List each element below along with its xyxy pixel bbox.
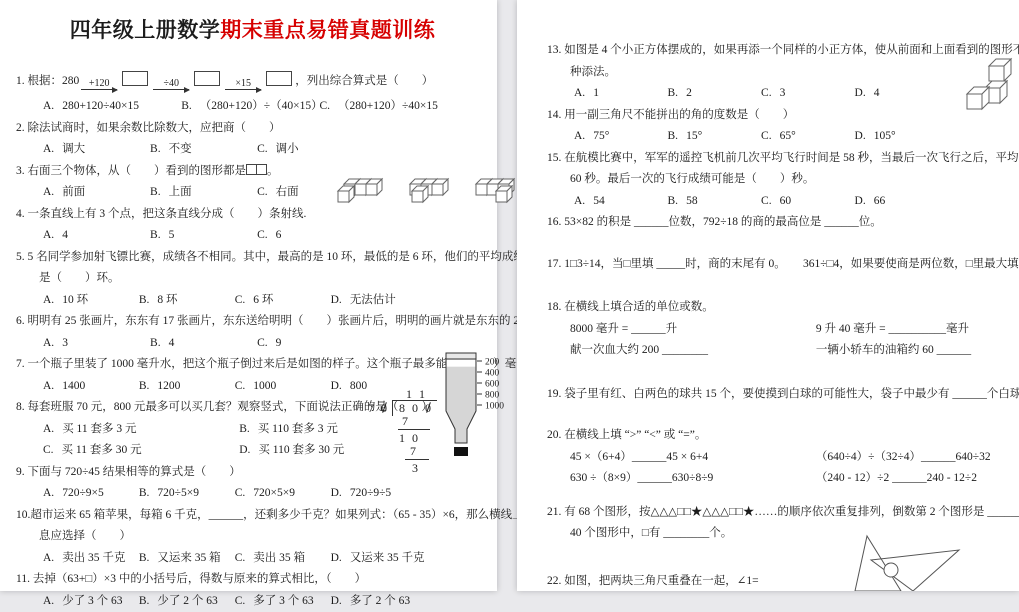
question-17-text: 17. 1□3÷14，当□里填 _____时，商的末尾有 0。 361÷□4，如…	[547, 254, 1009, 276]
question-18-text: 18. 在横线上填合适的单位或数。	[547, 297, 1009, 319]
question-15-text: 15. 在航模比赛中，军军的遥控飞机前几次平均飞行时间是 58 秒，当最后一次飞…	[547, 148, 1009, 170]
option-letter: A.	[43, 294, 54, 306]
question-10-option-A: A.卖出 35 千克	[43, 548, 139, 570]
option-letter: B.	[181, 100, 192, 112]
option-letter: D.	[239, 444, 250, 456]
option-text: 4	[169, 337, 175, 349]
question-10-text: 10.超市运来 65 箱苹果，每箱 6 千克，______，还剩多少千克？如果列…	[16, 505, 489, 527]
question-13-option-B: B.2	[668, 83, 762, 105]
question-11-text: 11. 去掉（63+□）×3 中的小括号后，得数与原来的算式相比，（ ）	[16, 569, 489, 591]
svg-text:1000: 1000	[485, 402, 504, 412]
option-text: 调大	[62, 143, 85, 155]
option-text: 卖出 35 箱	[253, 552, 305, 564]
option-letter: D.	[855, 130, 866, 142]
question-18-blank-left: 献一次血大约 200 ________	[570, 340, 816, 362]
question-20-blank-right: （640÷4）÷（32÷4）______640÷32	[816, 447, 991, 469]
question-18-blank-left: 8000 毫升 = ______升	[570, 319, 816, 341]
option-letter: A.	[574, 130, 585, 142]
question-6: 6. 明明有 25 张画片，东东有 17 张画片，东东送给明明（ ）张画片后，明…	[16, 311, 489, 354]
option-letter: B.	[139, 552, 150, 564]
option-text: 4	[62, 229, 68, 241]
question-15-option-A: A.54	[574, 191, 668, 213]
question-11: 11. 去掉（63+□）×3 中的小括号后，得数与原来的算式相比，（ ）A.少了…	[16, 569, 489, 591]
question-9-option-C: C.720×5×9	[235, 483, 331, 505]
option-letter: A.	[43, 229, 54, 241]
question-4-text: 4. 一条直线上有 3 个点，把这条直线分成（ ）条射线.	[16, 204, 489, 226]
question-10-options: A.卖出 35 千克B.又运来 35 箱C.卖出 35 箱D.又运来 35 千克	[16, 548, 489, 570]
question-2-text: 2. 除法试商时，如果余数比除数大，应把商（ ）	[16, 118, 489, 140]
cube-arrangement-figures	[336, 172, 518, 206]
question-15-option-B: B.58	[668, 191, 762, 213]
option-letter: B.	[150, 186, 161, 198]
question-9-option-A: A.720÷9×5	[43, 483, 139, 505]
question-10-option-C: C.卖出 35 箱	[235, 548, 331, 570]
question-9-options: A.720÷9×5B.720÷5×9C.720×5×9D.720÷9÷5	[16, 483, 489, 505]
question-3-pre: 3. 右面三个物体，从（ ）看到的图形都是	[16, 165, 246, 177]
question-15-text: 60 秒。最后一次的飞行成绩可能是（ ）秒。	[547, 169, 1009, 191]
option-text: 3	[62, 337, 68, 349]
question-19: 19. 袋子里有红、白两色的球共 15 个，要使摸到白球的可能性大，袋子中最少有…	[547, 384, 1009, 406]
question-14-option-A: A.75°	[574, 126, 668, 148]
question-14-text: 14. 用一副三角尺不能拼出的角的度数是（ ）	[547, 105, 1009, 127]
option-text: 4	[874, 87, 880, 99]
option-text: 买 11 套多 30 元	[62, 444, 142, 456]
option-letter: A.	[43, 423, 54, 435]
question-18: 18. 在横线上填合适的单位或数。8000 毫升 = ______升9 升 40…	[547, 297, 1009, 362]
option-letter: C.	[235, 294, 246, 306]
bottle-figure: 2004006008001000	[441, 350, 513, 464]
question-1-option-C: C.（280+120）÷40×15	[320, 96, 458, 118]
question-6-options: A.3B.4C.9	[16, 333, 489, 355]
question-5-options: A.10 环B.8 环C.6 环D.无法估计	[16, 290, 489, 312]
option-letter: A.	[574, 195, 585, 207]
question-1-option-B: B.（280+120）÷（40×15）	[181, 96, 319, 118]
question-13-option-A: A.1	[574, 83, 668, 105]
option-letter: C.	[761, 195, 772, 207]
question-13-option-C: C.3	[761, 83, 855, 105]
question-1-text: 1. 根据：280+120÷40×15，列出综合算式是（ ）	[16, 68, 489, 96]
option-letter: C.	[320, 100, 331, 112]
arrow-step: +120	[81, 79, 117, 90]
cube-figure-2	[402, 172, 452, 206]
question-13-text: 13. 如图是 4 个小正方体摆成的，如果再添一个同样的小正方体，使从前面和上面…	[547, 40, 1009, 62]
question-7-option-C: C.1000	[235, 376, 331, 398]
question-18-blank-right: 9 升 40 毫升 = __________毫升	[816, 319, 969, 341]
arrow-step: ÷40	[153, 79, 189, 90]
question-18-blank-right: 一辆小轿车的油箱约 60 ______	[816, 340, 971, 362]
question-6-option-B: B.4	[150, 333, 257, 355]
bottle-scale-ticks: 2004006008001000	[477, 358, 504, 412]
question-20-blank-left: 45 ×（6+4）______45 × 6+4	[570, 447, 816, 469]
option-text: 75°	[593, 130, 609, 142]
page-title: 四年级上册数学期末重点易错真题训练	[16, 16, 489, 44]
option-text: 1400	[62, 380, 85, 392]
option-letter: D.	[331, 487, 342, 499]
question-13-text: 种添法。	[547, 62, 1009, 84]
option-text: 9	[276, 337, 282, 349]
question-1-options: A.280+120÷40×15B.（280+120）÷（40×15）C.（280…	[16, 96, 489, 118]
option-letter: C.	[257, 186, 268, 198]
empty-result-box	[266, 71, 292, 86]
option-letter: B.	[150, 143, 161, 155]
option-letter: C.	[235, 380, 246, 392]
question-16: 16. 53×82 的积是 ______位数，792÷18 的商的最高位是 __…	[547, 212, 1009, 234]
question-7-option-A: A.1400	[43, 376, 139, 398]
question-3-option-A: A.前面	[43, 182, 150, 204]
option-text: 3	[780, 87, 786, 99]
question-5-text: 5. 5 名同学参加射飞镖比赛，成绩各不相同。其中，最高的是 10 环，最低的是…	[16, 247, 489, 269]
question-2-option-B: B.不变	[150, 139, 257, 161]
question-20-blank-row: 630 ÷（8×9）______630÷8÷9（240 - 12）÷2 ____…	[547, 468, 1009, 490]
question-14: 14. 用一副三角尺不能拼出的角的度数是（ ）A.75°B.15°C.65°D.…	[547, 105, 1009, 148]
question-20-blank-right: （240 - 12）÷2 ______240 - 12÷2	[816, 468, 977, 490]
svg-text:800: 800	[485, 391, 500, 401]
question-18-blank-row: 8000 毫升 = ______升9 升 40 毫升 = __________毫…	[547, 319, 1009, 341]
triangle-rulers-figure	[825, 530, 965, 591]
flow-start-value: 280	[62, 75, 79, 87]
option-text: 1200	[157, 380, 180, 392]
question-5-option-B: B.8 环	[139, 290, 235, 312]
option-text: 58	[686, 195, 698, 207]
arrow-icon	[225, 89, 261, 90]
question-13-option-D: D.4	[855, 83, 949, 105]
cube-figure-1	[336, 172, 386, 206]
question-4-option-B: B.5	[150, 225, 257, 247]
option-text: （280+120）÷40×15	[338, 100, 438, 112]
option-text: 66	[874, 195, 886, 207]
question-4-options: A.4B.5C.6	[16, 225, 489, 247]
question-8-option-C: C.买 11 套多 30 元	[43, 440, 239, 462]
option-letter: D.	[331, 552, 342, 564]
option-letter: B.	[150, 337, 161, 349]
option-letter: A.	[43, 100, 54, 112]
option-letter: A.	[43, 186, 54, 198]
option-text: （280+120）÷（40×15）	[200, 100, 323, 112]
option-text: 8 环	[157, 294, 177, 306]
question-19-text: 19. 袋子里有红、白两色的球共 15 个，要使摸到白球的可能性大，袋子中最少有…	[547, 384, 1009, 406]
question-5-option-C: C.6 环	[235, 290, 331, 312]
arrow-icon	[153, 89, 189, 90]
option-letter: C.	[235, 487, 246, 499]
question-7-text: 7. 一个瓶子里装了 1000 毫升水，把这个瓶子倒过来后是如图的样子。这个瓶子…	[16, 354, 489, 376]
option-text: 10 环	[62, 294, 88, 306]
option-text: 1000	[253, 380, 276, 392]
page-1-content: 四年级上册数学期末重点易错真题训练 1. 根据：280+120÷40×15，列出…	[0, 0, 497, 591]
question-5-text: 是（ ）环。	[16, 268, 489, 290]
option-text: 调小	[276, 143, 299, 155]
question-21-text: 21. 有 68 个图形，按△△△□□★△△△□□★……的顺序依次重复排列，倒数…	[547, 502, 1009, 524]
option-text: 买 110 套多 3 元	[258, 423, 338, 435]
question-6-option-C: C.9	[257, 333, 364, 355]
option-letter: A.	[43, 487, 54, 499]
option-text: 6	[276, 229, 282, 241]
question-9-option-B: B.720÷5×9	[139, 483, 235, 505]
question-15-options: A.54B.58C.60D.66	[547, 191, 1009, 213]
question-3-post: 。	[267, 165, 279, 177]
question-14-option-D: D.105°	[855, 126, 949, 148]
question-2-option-C: C.调小	[257, 139, 364, 161]
title-highlight: 期末重点易错真题训练	[220, 18, 435, 42]
question-1-part: ，列出综合算式是（ ）	[295, 75, 433, 87]
option-text: 上面	[169, 186, 192, 198]
option-text: 65°	[780, 130, 796, 142]
slashed-zero: 0	[381, 402, 389, 416]
question-4-option-A: A.4	[43, 225, 150, 247]
exam-page-2: 13. 如图是 4 个小正方体摆成的，如果再添一个同样的小正方体，使从前面和上面…	[517, 0, 1019, 591]
option-text: 720×5×9	[253, 487, 295, 499]
question-14-option-B: B.15°	[668, 126, 762, 148]
small-square-shape	[256, 164, 267, 175]
question-2-options: A.调大B.不变C.调小	[16, 139, 489, 161]
option-text: 买 11 套多 3 元	[62, 423, 136, 435]
question-15-option-D: D.66	[855, 191, 949, 213]
option-letter: B.	[668, 130, 679, 142]
option-letter: B.	[139, 380, 150, 392]
question-5: 5. 5 名同学参加射飞镖比赛，成绩各不相同。其中，最高的是 10 环，最低的是…	[16, 247, 489, 312]
question-20-blank-left: 630 ÷（8×9）______630÷8÷9	[570, 468, 816, 490]
option-letter: B.	[668, 87, 679, 99]
division-step: 1 0	[368, 432, 437, 446]
question-20-text: 20. 在横线上填 “>” “<” 或 “=”。	[547, 425, 1009, 447]
option-letter: A.	[43, 552, 54, 564]
empty-result-box	[122, 71, 148, 86]
option-text: 买 110 套多 30 元	[258, 444, 344, 456]
exam-page-1: 四年级上册数学期末重点易错真题训练 1. 根据：280+120÷40×15，列出…	[0, 0, 497, 591]
question-4-option-C: C.6	[257, 225, 364, 247]
option-letter: A.	[43, 143, 54, 155]
question-14-option-C: C.65°	[761, 126, 855, 148]
option-letter: A.	[43, 337, 54, 349]
option-text: 不变	[169, 143, 192, 155]
option-text: 右面	[276, 186, 299, 198]
question-5-option-D: D.无法估计	[331, 290, 427, 312]
long-division-figure: 1 1 7 08 0 0 7 1 0 7 3	[368, 388, 437, 475]
question-8-option-A: A.买 11 套多 3 元	[43, 419, 239, 441]
title-prefix: 四年级上册数学	[70, 18, 221, 42]
question-5-option-A: A.10 环	[43, 290, 139, 312]
question-18-blank-row: 献一次血大约 200 ________一辆小轿车的油箱约 60 ______	[547, 340, 1009, 362]
option-text: 又运来 35 千克	[350, 552, 425, 564]
division-main-row: 7 08 0 0	[368, 402, 437, 416]
option-letter: C.	[257, 229, 268, 241]
option-letter: D.	[331, 380, 342, 392]
option-text: 54	[593, 195, 605, 207]
cube-stack-figure	[957, 52, 1017, 114]
svg-text:600: 600	[485, 380, 500, 390]
option-letter: D.	[855, 195, 866, 207]
option-text: 720÷9×5	[62, 487, 104, 499]
option-text: 又运来 35 箱	[157, 552, 220, 564]
question-15-option-C: C.60	[761, 191, 855, 213]
question-1-option-A: A.280+120÷40×15	[43, 96, 181, 118]
option-letter: B.	[239, 423, 250, 435]
question-1-part: 1. 根据：	[16, 75, 62, 87]
option-letter: A.	[43, 380, 54, 392]
question-4: 4. 一条直线上有 3 个点，把这条直线分成（ ）条射线.A.4B.5C.6	[16, 204, 489, 247]
question-10-text: 息应选择（ ）	[16, 526, 489, 548]
question-2-option-A: A.调大	[43, 139, 150, 161]
cube-figure-3	[468, 172, 518, 206]
option-letter: C.	[257, 143, 268, 155]
option-letter: B.	[150, 229, 161, 241]
question-10-option-B: B.又运来 35 箱	[139, 548, 235, 570]
question-13: 13. 如图是 4 个小正方体摆成的，如果再添一个同样的小正方体，使从前面和上面…	[547, 40, 1009, 105]
option-text: 280+120÷40×15	[62, 100, 139, 112]
page-2-content: 13. 如图是 4 个小正方体摆成的，如果再添一个同样的小正方体，使从前面和上面…	[517, 0, 1019, 591]
question-6-text: 6. 明明有 25 张画片，东东有 17 张画片，东东送给明明（ ）张画片后，明…	[16, 311, 489, 333]
option-text: 1	[593, 87, 599, 99]
option-text: 无法估计	[350, 294, 396, 306]
division-step: 7	[368, 445, 437, 459]
option-text: 720÷9÷5	[350, 487, 391, 499]
option-letter: A.	[574, 87, 585, 99]
option-letter: B.	[139, 487, 150, 499]
division-remainder: 3	[368, 462, 437, 476]
svg-text:200: 200	[485, 358, 500, 368]
question-15: 15. 在航模比赛中，军军的遥控飞机前几次平均飞行时间是 58 秒，当最后一次飞…	[547, 148, 1009, 213]
option-text: 15°	[686, 130, 702, 142]
arrow-icon	[81, 89, 117, 90]
question-14-options: A.75°B.15°C.65°D.105°	[547, 126, 1009, 148]
option-letter: C.	[43, 444, 54, 456]
question-13-options: A.1B.2C.3D.4	[547, 83, 1009, 105]
question-17: 17. 1□3÷14，当□里填 _____时，商的末尾有 0。 361÷□4，如…	[547, 254, 1009, 276]
question-20-blank-row: 45 ×（6+4）______45 × 6+4（640÷4）÷（32÷4）___…	[547, 447, 1009, 469]
question-16-text: 16. 53×82 的积是 ______位数，792÷18 的商的最高位是 __…	[547, 212, 1009, 234]
question-7-option-B: B.1200	[139, 376, 235, 398]
arrow-step: ×15	[225, 79, 261, 90]
option-text: 105°	[874, 130, 896, 142]
option-letter: C.	[257, 337, 268, 349]
option-letter: C.	[235, 552, 246, 564]
option-text: 5	[169, 229, 175, 241]
option-letter: C.	[761, 87, 772, 99]
option-text: 卖出 35 千克	[62, 552, 125, 564]
question-2: 2. 除法试商时，如果余数比除数大，应把商（ ）A.调大B.不变C.调小	[16, 118, 489, 161]
question-6-option-A: A.3	[43, 333, 150, 355]
question-20: 20. 在横线上填 “>” “<” 或 “=”。45 ×（6+4）______4…	[547, 425, 1009, 490]
option-letter: D.	[331, 294, 342, 306]
question-9-option-D: D.720÷9÷5	[331, 483, 427, 505]
option-text: 前面	[62, 186, 85, 198]
empty-result-box	[194, 71, 220, 86]
svg-text:400: 400	[485, 369, 500, 379]
question-10: 10.超市运来 65 箱苹果，每箱 6 千克，______，还剩多少千克？如果列…	[16, 505, 489, 570]
option-letter: D.	[855, 87, 866, 99]
option-text: 60	[780, 195, 792, 207]
question-1: 1. 根据：280+120÷40×15，列出综合算式是（ ）A.280+120÷…	[16, 68, 489, 118]
division-step: 7	[368, 415, 437, 429]
option-text: 2	[686, 87, 692, 99]
slashed-zero: 0	[425, 402, 433, 416]
option-letter: C.	[761, 130, 772, 142]
question-10-option-D: D.又运来 35 千克	[331, 548, 427, 570]
option-text: 720÷5×9	[157, 487, 199, 499]
option-text: 6 环	[253, 294, 273, 306]
option-letter: B.	[139, 294, 150, 306]
option-letter: B.	[668, 195, 679, 207]
question-3-option-B: B.上面	[150, 182, 257, 204]
option-text: 800	[350, 380, 367, 392]
